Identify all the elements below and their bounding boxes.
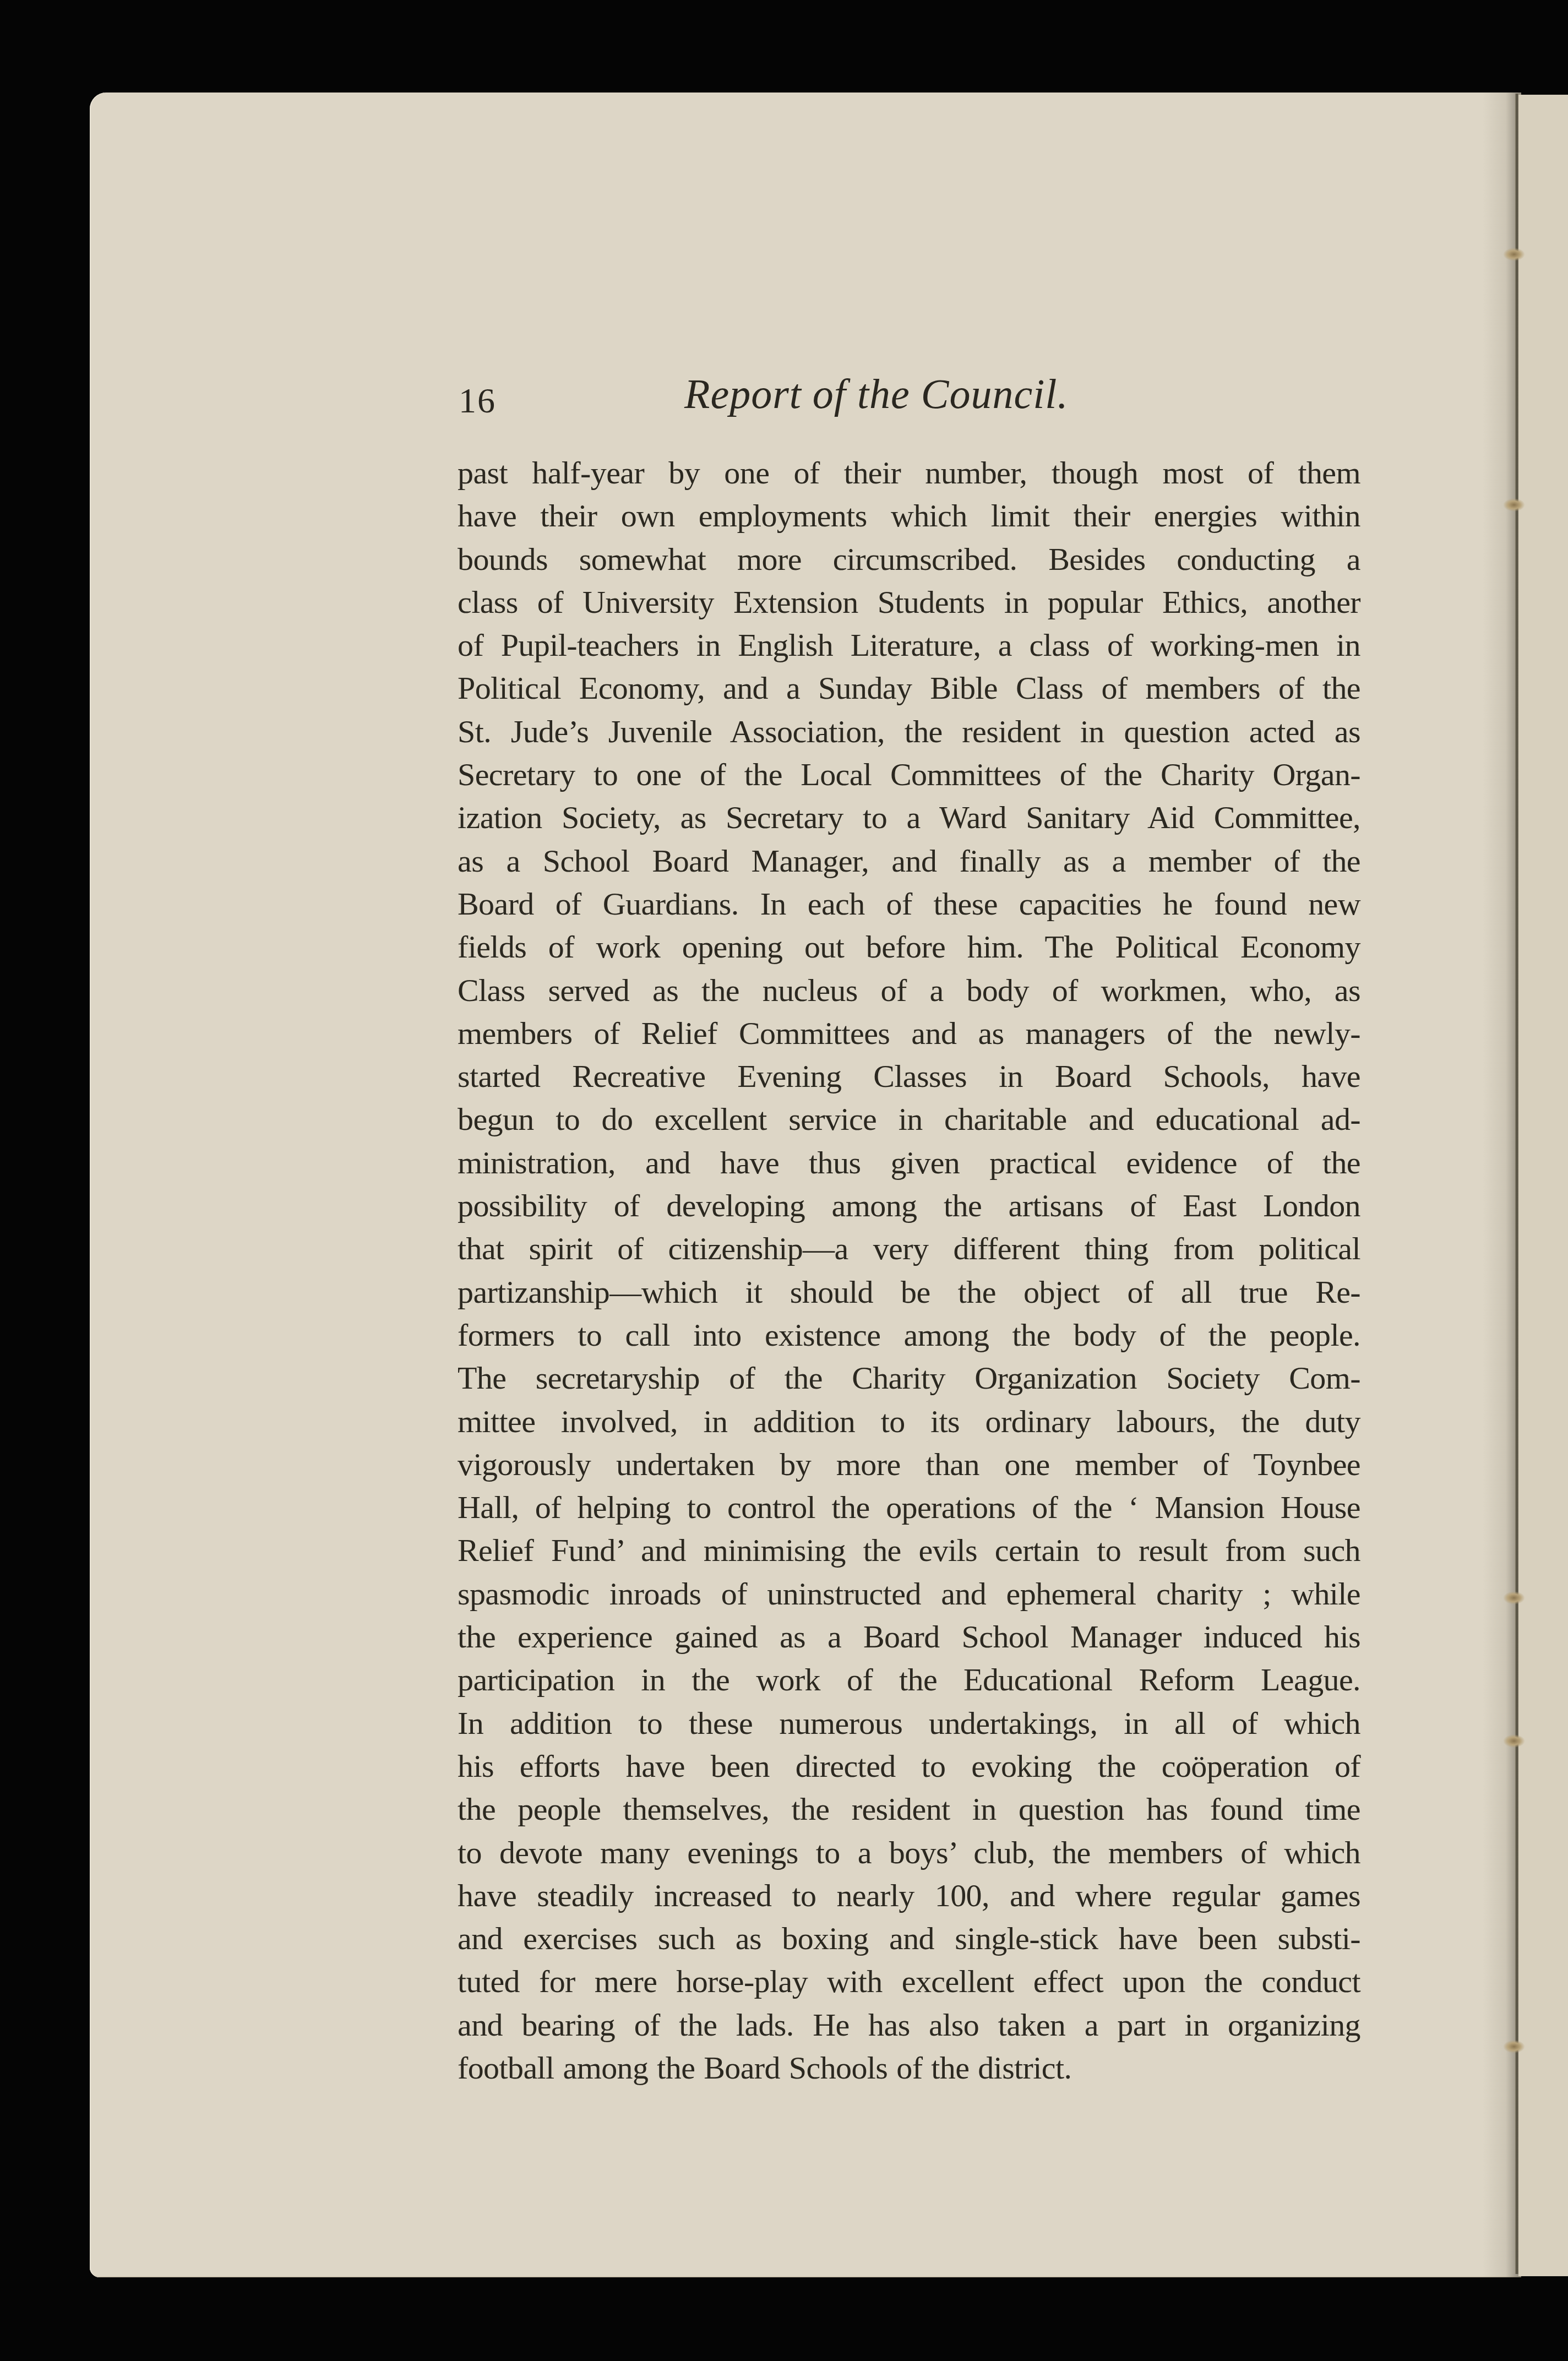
text-line: In addition to these numerous undertakin… [458,1702,1360,1745]
text-line: spasmodic inroads of uninstructed and ep… [458,1573,1360,1615]
text-line: participation in the work of the Educati… [458,1658,1360,1701]
binding-stitch-mark [1503,2040,1525,2053]
text-line: ministration, and have thus given practi… [458,1141,1360,1184]
binding-stitch-mark [1503,248,1525,261]
text-line: Board of Guardians. In each of these cap… [458,883,1360,926]
binding-stitch-mark [1503,498,1525,512]
text-line: the people themselves, the resident in q… [458,1788,1360,1831]
text-line: past half-year by one of their number, t… [458,451,1360,494]
text-line: Hall, of helping to control the operatio… [458,1486,1360,1529]
text-line: have steadily increased to nearly 100, a… [458,1874,1360,1917]
text-line: The secretaryship of the Charity Organiz… [458,1357,1360,1400]
binding-stitch-mark [1503,1591,1525,1604]
text-line: formers to call into existence among the… [458,1314,1360,1357]
page-header: 16 Report of the Council. [459,371,1362,431]
text-line: and exercises such as boxing and single-… [458,1917,1360,1960]
text-line: to devote many evenings to a boys’ club,… [458,1831,1360,1874]
text-line: of Pupil-teachers in English Literature,… [458,624,1360,667]
text-line: begun to do excellent service in charita… [458,1098,1360,1141]
text-line: as a School Board Manager, and finally a… [458,840,1360,883]
text-line: St. Jude’s Juvenile Association, the res… [458,710,1360,753]
text-line: ization Society, as Secretary to a Ward … [458,796,1360,839]
body-text: past half-year by one of their number, t… [458,451,1360,2090]
text-line: Secretary to one of the Local Committees… [458,753,1360,796]
text-line: vigorously undertaken by more than one m… [458,1443,1360,1486]
text-line: Relief Fund’ and minimising the evils ce… [458,1529,1360,1572]
text-line: Political Economy, and a Sunday Bible Cl… [458,667,1360,710]
text-line: partizanship—which it should be the obje… [458,1271,1360,1314]
running-title: Report of the Council. [684,371,1068,418]
text-line: tuted for mere horse-play with excellent… [458,1960,1360,2003]
text-line: started Recreative Evening Classes in Bo… [458,1055,1360,1098]
text-line: mittee involved, in addition to its ordi… [458,1400,1360,1443]
text-line: class of University Extension Students i… [458,581,1360,624]
text-line: his efforts have been directed to evokin… [458,1745,1360,1788]
text-line: bounds somewhat more circumscribed. Besi… [458,538,1360,581]
text-line: the experience gained as a Board School … [458,1615,1360,1658]
book-page: 16 Report of the Council. past half-year… [90,93,1521,2277]
text-line: possibility of developing among the arti… [458,1184,1360,1227]
text-line: have their own employments which limit t… [458,494,1360,537]
page-number: 16 [459,380,496,421]
text-line: and bearing of the lads. He has also tak… [458,2004,1360,2047]
text-line: Class served as the nucleus of a body of… [458,969,1360,1012]
text-line: that spirit of citizenship—a very differ… [458,1227,1360,1270]
text-line: fields of work opening out before him. T… [458,926,1360,969]
facing-page-edge [1518,95,1568,2276]
binding-stitch-mark [1503,1734,1525,1748]
text-line: members of Relief Committees and as mana… [458,1012,1360,1055]
text-line-last: football among the Board Schools of the … [458,2047,1360,2090]
